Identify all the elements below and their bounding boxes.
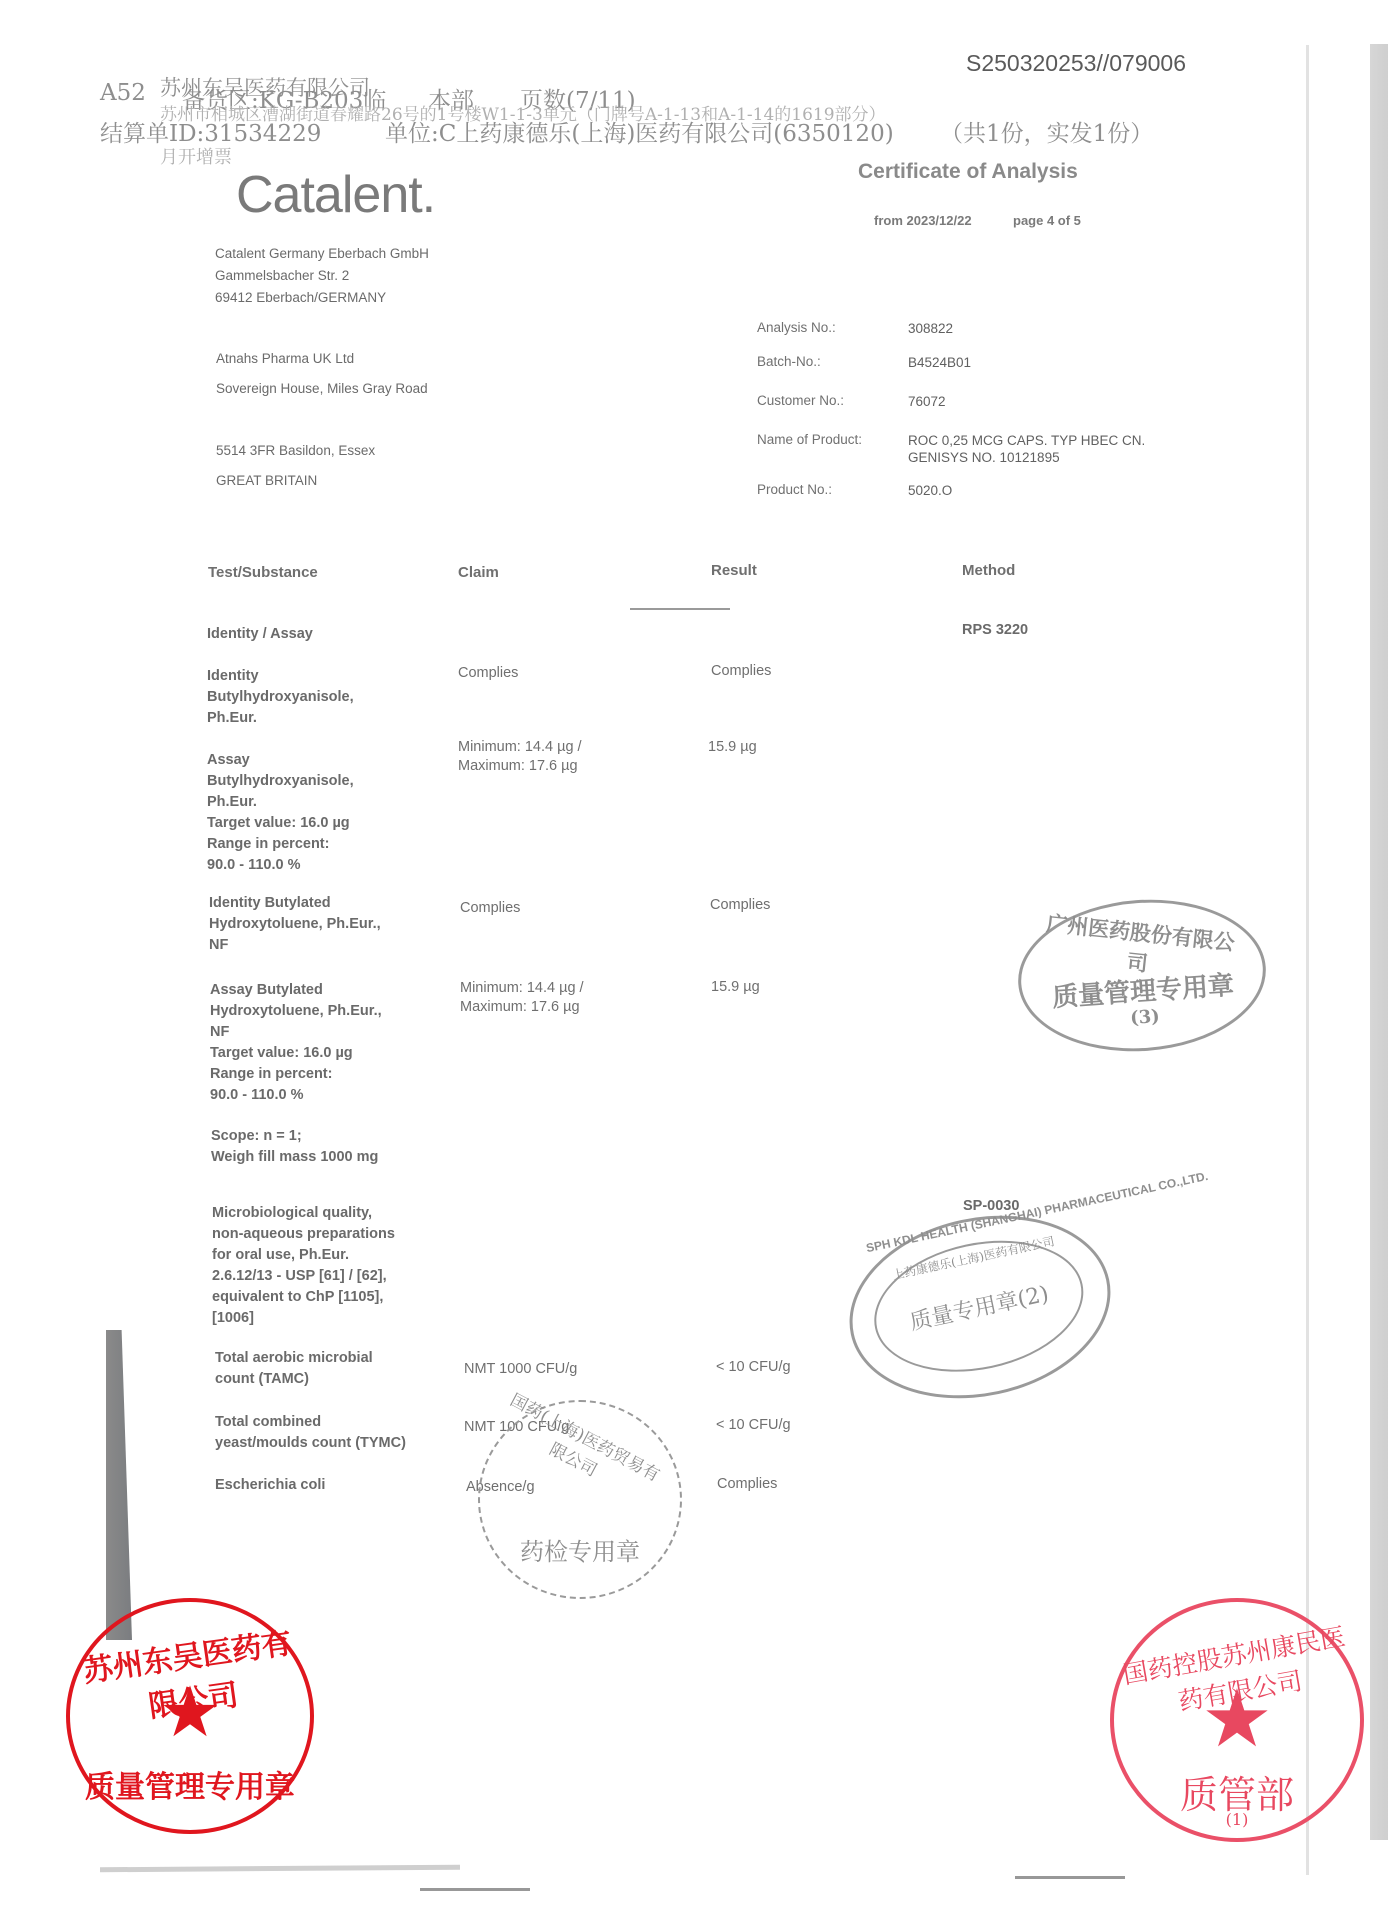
product-no-value: 5020.O [908,482,952,499]
scan-shadow-bar-left [106,1330,132,1640]
table-row-result: 15.9 µg [711,978,760,997]
header-unit: 单位:C上药康德乐(上海)医药有限公司(6350120) [385,115,894,148]
claim-line: Maximum: 17.6 µg [460,998,584,1017]
test-line: Target value: 16.0 µg [210,1043,382,1064]
test-line: Range in percent: [210,1064,382,1085]
test-line: Identity [207,666,354,687]
scan-smudge [420,1888,530,1891]
issuer-city: 69412 Eberbach/GERMANY [215,287,429,309]
test-line: Total combined [215,1412,406,1433]
recipient-city: 5514 3FR Basildon, Essex [216,440,375,462]
test-line: Assay [207,750,354,771]
product-name-value: ROC 0,25 MCG CAPS. TYP HBEC CN. GENISYS … [908,432,1145,466]
stamp-drug-inspection: 国药(上海)医药贸易有限公司 药检专用章 [478,1400,682,1599]
customer-no-label: Customer No.: [757,393,844,408]
claim-line: Minimum: 14.4 µg / [458,738,582,757]
micro-row-result: Complies [717,1475,777,1494]
catalent-logo: Catalent. [236,165,435,225]
test-line: count (TAMC) [215,1369,373,1390]
table-row-claim: Complies [460,899,520,918]
batch-no-value: B4524B01 [908,354,971,371]
table-row-test: Assay Butylated Hydroxytoluene, Ph.Eur.,… [210,980,382,1106]
table-row-test: Identity Butylated Hydroxytoluene, Ph.Eu… [209,893,381,956]
test-line: NF [209,935,381,956]
header-copies: （共1份，实发1份） [940,115,1153,148]
test-line: Range in percent: [207,834,354,855]
header-code: A52 [100,80,146,106]
recipient-name: Atnahs Pharma UK Ltd [216,348,354,370]
claim-line: Minimum: 14.4 µg / [460,979,584,998]
test-line: Total aerobic microbial [215,1348,373,1369]
table-row-result: Complies [710,896,770,915]
stamp-suzhou-kangmin: 国药控股苏州康民医药有限公司 ★ 质管部 (1) [1110,1598,1364,1842]
micro-row-claim: NMT 1000 CFU/g [464,1360,577,1379]
test-line: Ph.Eur. [207,708,354,729]
section-line: [1006] [212,1308,395,1329]
star-icon: ★ [70,1674,310,1750]
table-row-claim: Minimum: 14.4 µg / Maximum: 17.6 µg [460,979,584,1017]
star-icon: ★ [1114,1678,1360,1760]
col-header-method: Method [962,562,1015,579]
issuer-address: Catalent Germany Eberbach GmbH Gammelsba… [215,243,429,309]
test-line: Identity Butylated [209,893,381,914]
scan-shadow-bar-right [1370,44,1388,1840]
stamp-suzhou-dongwu: 苏州东吴医药有限公司 ★ 质量管理专用章 [66,1598,314,1834]
document-title: Certificate of Analysis [858,160,1078,184]
header-note: 月开增票 [160,143,232,169]
section-line: Microbiological quality, [212,1203,395,1224]
scope-note: Scope: n = 1; Weigh fill mass 1000 mg [211,1126,378,1168]
stamp-sph-kdl: 质量专用章(2) SPH KDL HEALTH (SHANGHAI) PHARM… [832,1193,1127,1422]
stamp-center-text: 药检专用章 [480,1532,680,1567]
table-row-result: Complies [711,662,771,681]
scan-smudge [1015,1876,1125,1879]
micro-row-result: < 10 CFU/g [716,1358,791,1377]
product-name-line2: GENISYS NO. 10121895 [908,449,1145,466]
scan-edge-line [1306,45,1309,1875]
table-row-test: Assay Butylhydroxyanisole, Ph.Eur. Targe… [207,750,354,876]
micro-row-test: Total aerobic microbial count (TAMC) [215,1348,373,1390]
test-line: 90.0 - 110.0 % [207,855,354,876]
recipient-street: Sovereign House, Miles Gray Road [216,378,428,400]
stamp-center-text: 质量管理专用章 [70,1762,310,1806]
product-no-label: Product No.: [757,482,832,497]
section-identity-assay: Identity / Assay [207,624,313,645]
test-line: Butylhydroxyanisole, [207,771,354,792]
claim-line: Maximum: 17.6 µg [458,757,582,776]
scan-bottom-line [100,1865,460,1873]
document-date: from 2023/12/22 [874,213,972,228]
section-line: for oral use, Ph.Eur. [212,1245,395,1266]
test-line: Assay Butylated [210,980,382,1001]
stamp-center-text: 质量专用章(2) [907,1276,1052,1336]
stamp-ring-text: 国药(上海)医药贸易有限公司 [489,1383,671,1512]
issuer-street: Gammelsbacher Str. 2 [215,265,429,287]
section-line: 2.6.12/13 - USP [61] / [62], [212,1266,395,1287]
col-header-claim: Claim [458,564,499,581]
batch-no-label: Batch-No.: [757,354,821,369]
scope-line: Weigh fill mass 1000 mg [211,1147,378,1168]
section-microbiological: Microbiological quality, non-aqueous pre… [212,1203,395,1329]
customer-no-value: 76072 [908,393,946,410]
scope-line: Scope: n = 1; [211,1126,378,1147]
stamp-number: (1) [1114,1810,1360,1829]
analysis-no-label: Analysis No.: [757,320,836,335]
test-line: 90.0 - 110.0 % [210,1085,382,1106]
header-divider [630,608,730,610]
test-line: Hydroxytoluene, Ph.Eur., [209,914,381,935]
test-line: Hydroxytoluene, Ph.Eur., [210,1001,382,1022]
method-rps-3220: RPS 3220 [962,620,1028,641]
test-line: Ph.Eur. [207,792,354,813]
issuer-name: Catalent Germany Eberbach GmbH [215,243,429,265]
section-line: equivalent to ChP [1105], [212,1287,395,1308]
recipient-country: GREAT BRITAIN [216,470,317,492]
section-line: non-aqueous preparations [212,1224,395,1245]
col-header-result: Result [711,562,757,579]
test-line: NF [210,1022,382,1043]
table-row-result: 15.9 µg [708,738,757,757]
micro-row-result: < 10 CFU/g [716,1416,791,1435]
test-line: yeast/moulds count (TYMC) [215,1433,406,1454]
table-row-claim: Complies [458,664,518,683]
test-line: Butylhydroxyanisole, [207,687,354,708]
analysis-no-value: 308822 [908,320,953,337]
document-serial: S250320253//079006 [966,50,1186,77]
test-line: Target value: 16.0 µg [207,813,354,834]
col-header-test: Test/Substance [208,564,318,581]
micro-row-test: Total combined yeast/moulds count (TYMC) [215,1412,406,1454]
page-number: page 4 of 5 [1013,213,1081,228]
product-name-line1: ROC 0,25 MCG CAPS. TYP HBEC CN. [908,432,1145,449]
stamp-guangzhou-quality: 广州医药股份有限公司 质量管理专用章 (3) [1013,892,1271,1060]
table-row-claim: Minimum: 14.4 µg / Maximum: 17.6 µg [458,738,582,776]
micro-row-test: Escherichia coli [215,1475,325,1496]
product-name-label: Name of Product: [757,432,862,447]
table-row-test: Identity Butylhydroxyanisole, Ph.Eur. [207,666,354,729]
